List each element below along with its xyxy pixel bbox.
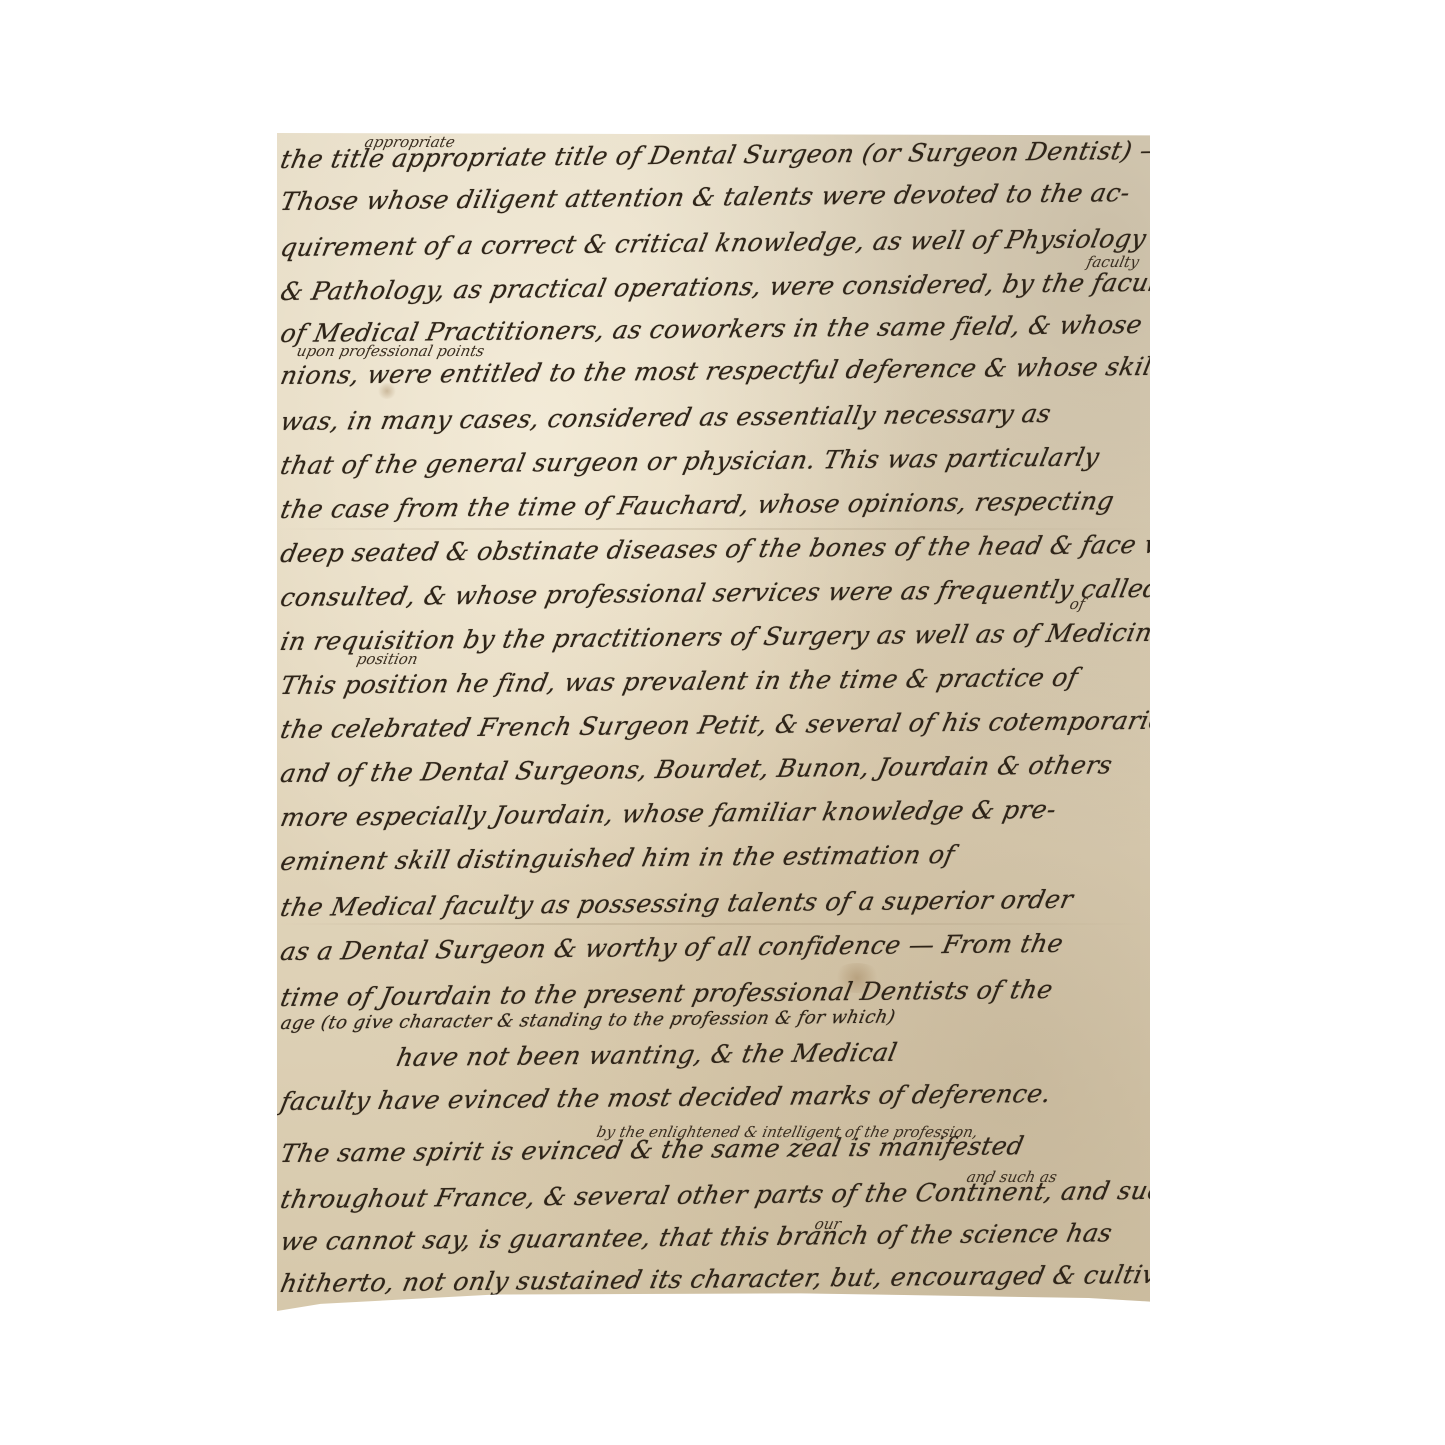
manuscript-line: the Medical faculty as possessing talent… — [278, 885, 1076, 922]
manuscript-line: the case from the time of Fauchard, whos… — [278, 486, 1117, 524]
manuscript-sheet: appropriate the title appropriate title … — [277, 133, 1150, 1311]
manuscript-line: quirement of a correct & critical knowle… — [278, 224, 1149, 262]
manuscript-line: deep seated & obstinate diseases of the … — [278, 528, 1150, 568]
manuscript-line: time of Jourdain to the present professi… — [278, 975, 1056, 1012]
manuscript-text: appropriate the title appropriate title … — [277, 133, 1150, 1311]
manuscript-line: hitherto, not only sustained its charact… — [278, 1259, 1150, 1298]
manuscript-line: faculty have evinced the most decided ma… — [278, 1079, 1054, 1116]
manuscript-line: as a Dental Surgeon & worthy of all conf… — [278, 929, 1066, 966]
interlinear-note: such as are — [687, 1295, 777, 1311]
manuscript-line: by the talent & influence of such as are… — [278, 1301, 1150, 1311]
manuscript-line: more especially Jourdain, whose familiar… — [278, 795, 1059, 832]
manuscript-line: & Pathology, as practical operations, we… — [278, 268, 1150, 306]
manuscript-line: was, in many cases, considered as essent… — [278, 399, 1054, 436]
manuscript-line: and of the Dental Surgeons, Bourdet, Bun… — [278, 750, 1115, 788]
manuscript-line: have not been wanting, & the Medical — [394, 1038, 900, 1072]
page-background: appropriate the title appropriate title … — [0, 0, 1445, 1445]
manuscript-line: consulted, & whose professional services… — [278, 574, 1150, 612]
manuscript-line: we cannot say, is guarantee, that this b… — [278, 1218, 1115, 1256]
manuscript-line: throughout France, & several other parts… — [278, 1175, 1150, 1214]
manuscript-line: that of the general surgeon or physician… — [278, 442, 1102, 480]
manuscript-line: Those whose diligent attention & talents… — [278, 178, 1133, 216]
interlinear-note: of — [1068, 595, 1086, 613]
manuscript-line: the celebrated French Surgeon Petit, & s… — [278, 706, 1150, 744]
manuscript-line: The same spirit is evinced & the same ze… — [278, 1131, 1027, 1168]
interlinear-note: position — [355, 650, 419, 668]
manuscript-line: eminent skill distinguished him in the e… — [278, 840, 957, 876]
interlinear-note: upon professional points — [295, 342, 486, 360]
manuscript-line: This position he find, was prevalent in … — [278, 663, 1081, 700]
